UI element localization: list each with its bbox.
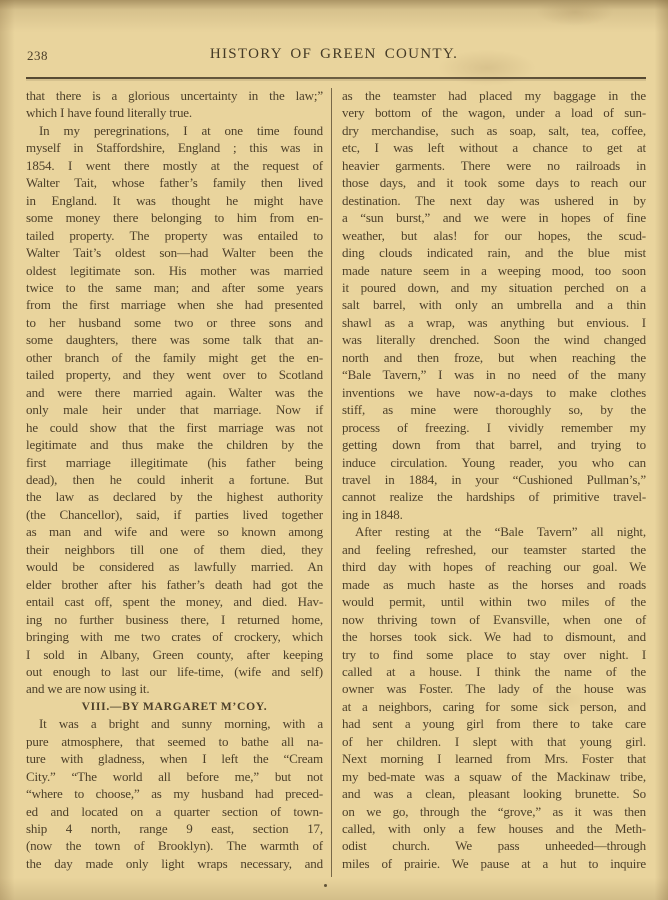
text-line: oldest legitimate son. His mother was ma… bbox=[26, 262, 323, 279]
text-line: shawl as a wrap, was anything but enviou… bbox=[342, 314, 646, 331]
text-line: now thriving town of Evansville, when on… bbox=[342, 611, 646, 628]
text-line: in England. It was thought he might have bbox=[26, 192, 323, 209]
text-line: would be considered as lawfully married.… bbox=[26, 558, 323, 575]
text-line: dry merchandise, such as soap, salt, tea… bbox=[342, 122, 646, 139]
text-line: tailed property, and they went over to S… bbox=[26, 366, 323, 383]
text-line: first marriage illegitimate (his father … bbox=[26, 454, 323, 471]
text-line: at a neighbors, caring for some sick per… bbox=[342, 698, 646, 715]
book-page: 238 HISTORY OF GREEN COUNTY. that there … bbox=[0, 0, 668, 900]
text-line: north and then froze, but when reaching … bbox=[342, 349, 646, 366]
text-line: I sold in Albany, Green county, after ke… bbox=[26, 646, 323, 663]
text-line: the day made only light wraps necessary,… bbox=[26, 855, 323, 872]
text-line: try to find some place to stay over nigh… bbox=[342, 646, 646, 663]
text-line: City.” “The world all before me,” but no… bbox=[26, 768, 323, 785]
text-line: legitimate and thus make the children by… bbox=[26, 436, 323, 453]
text-line: After resting at the “Bale Tavern” all n… bbox=[342, 523, 646, 540]
text-line: called, with only a few houses and the M… bbox=[342, 820, 646, 837]
text-line: and was a clean, pleasant looking brunet… bbox=[342, 785, 646, 802]
text-line: very bottom of the wagon, under a load o… bbox=[342, 104, 646, 121]
text-line: bringing with me two crates of crockery,… bbox=[26, 628, 323, 645]
text-line: (the Chancellor), said, if parties lived… bbox=[26, 506, 323, 523]
text-line: those days, and it took some days to rea… bbox=[342, 174, 646, 191]
text-line: miles of prairie. We pause at a hut to i… bbox=[342, 855, 646, 872]
text-line: inventions we have now-a-days to make cl… bbox=[342, 384, 646, 401]
text-line: ship 4 north, range 9 east, section 17, bbox=[26, 820, 323, 837]
text-line: “where to choose,” as my husband had pre… bbox=[26, 785, 323, 802]
text-line: which I have found literally true. bbox=[26, 104, 323, 121]
header-rule bbox=[26, 77, 646, 79]
text-line: (now the town of Brooklyn). The warmth o… bbox=[26, 837, 323, 854]
text-line: induce circulation. Young reader, you wh… bbox=[342, 454, 646, 471]
text-line: dead), then he could inherit a fortune. … bbox=[26, 471, 323, 488]
text-line: third day with hopes of reaching our goa… bbox=[342, 558, 646, 575]
left-column: that there is a glorious uncertainty in … bbox=[26, 87, 323, 872]
text-line: etc, I was left without a chance to get … bbox=[342, 139, 646, 156]
text-line: on we go, through the “grove,” as it was… bbox=[342, 803, 646, 820]
text-line: In my peregrinations, I at one time foun… bbox=[26, 122, 323, 139]
text-line: and feeling refreshed, our teamster star… bbox=[342, 541, 646, 558]
text-line: made nature seem in a weeping mood, too … bbox=[342, 262, 646, 279]
text-line: made as much haste as the horses and roa… bbox=[342, 576, 646, 593]
text-line: salt barrel, with only an umbrella and a… bbox=[342, 296, 646, 313]
text-line: travel in 1884, in your “Cushioned Pullm… bbox=[342, 471, 646, 488]
text-line: ture with gladness, when I left the “Cre… bbox=[26, 750, 323, 767]
text-line: other branch of the family might get the… bbox=[26, 349, 323, 366]
text-line: the horses took sick. We had to dismount… bbox=[342, 628, 646, 645]
text-line: cannot realize the hardships of primitiv… bbox=[342, 488, 646, 505]
text-line: owner was Foster. The lady of the house … bbox=[342, 680, 646, 697]
text-line: some money there belonging to him from e… bbox=[26, 209, 323, 226]
text-line: of her children. I slept with that young… bbox=[342, 733, 646, 750]
text-line: stiff, as mine were thoroughly so, by th… bbox=[342, 401, 646, 418]
text-line: only male heir under that marriage. Now … bbox=[26, 401, 323, 418]
text-line: some daughters, there was some talk that… bbox=[26, 331, 323, 348]
text-line: entail cast off, spent the money, and di… bbox=[26, 593, 323, 610]
text-line: weather, but alas! for our hopes, the sc… bbox=[342, 227, 646, 244]
text-line: destination. The next day was ushered in… bbox=[342, 192, 646, 209]
text-line: “Bale Tavern,” I was in no need of the m… bbox=[342, 366, 646, 383]
text-line: myself in Staffordshire, England ; this … bbox=[26, 139, 323, 156]
text-line: It was a bright and sunny morning, with … bbox=[26, 715, 323, 732]
text-line: process of freezing. I vividly remember … bbox=[342, 419, 646, 436]
column-divider bbox=[331, 88, 332, 877]
text-line: heavier garments. There were no railroad… bbox=[342, 157, 646, 174]
text-line: that there is a glorious uncertainty in … bbox=[26, 87, 323, 104]
page-header: 238 HISTORY OF GREEN COUNTY. bbox=[0, 46, 668, 66]
text-line: Walter Tait’s oldest son—had Walter been… bbox=[26, 244, 323, 261]
text-line: as man and wife and were so known among bbox=[26, 523, 323, 540]
text-line: their neighbors till one of them died, t… bbox=[26, 541, 323, 558]
text-line: and were there married again. Walter was… bbox=[26, 384, 323, 401]
text-line: as the teamster had placed my baggage in… bbox=[342, 87, 646, 104]
text-line: getting down from that barrel, and tryin… bbox=[342, 436, 646, 453]
text-line: twice to the same man; and after some ye… bbox=[26, 279, 323, 296]
text-line: ing in 1848. bbox=[342, 506, 646, 523]
text-line: ed and located on a quarter section of t… bbox=[26, 803, 323, 820]
text-line: Walter Tait, whose father’s family then … bbox=[26, 174, 323, 191]
text-line: pure atmosphere, that seemed to bathe al… bbox=[26, 733, 323, 750]
section-heading: VIII.—BY MARGARET M’COY. bbox=[26, 698, 323, 715]
text-line: he could show that the first marriage wa… bbox=[26, 419, 323, 436]
text-line: tailed property. The property was entail… bbox=[26, 227, 323, 244]
text-line: odist church. We pass unheeded—through bbox=[342, 837, 646, 854]
text-line: it poured down, and my situation perched… bbox=[342, 279, 646, 296]
text-line: from the first marriage when she had pre… bbox=[26, 296, 323, 313]
text-line: was literally drenched. Soon the wind ch… bbox=[342, 331, 646, 348]
text-line: and we are now using it. bbox=[26, 680, 323, 697]
text-line: called at a house. I think the name of t… bbox=[342, 663, 646, 680]
text-line: Next morning I learned from Mrs. Foster … bbox=[342, 750, 646, 767]
ink-speck bbox=[324, 884, 327, 887]
text-line: had sent a young girl from there to take… bbox=[342, 715, 646, 732]
text-line: ding clouds indicated rain, and the blue… bbox=[342, 244, 646, 261]
text-line: to her husband some two or three sons an… bbox=[26, 314, 323, 331]
text-line: ing no further business there, I returne… bbox=[26, 611, 323, 628]
running-head: HISTORY OF GREEN COUNTY. bbox=[0, 46, 668, 63]
right-column: as the teamster had placed my baggage in… bbox=[342, 87, 646, 872]
text-line: would permit, until within two miles of … bbox=[342, 593, 646, 610]
text-line: my bed-mate was a squaw of the Mackinaw … bbox=[342, 768, 646, 785]
text-line: 1854. I went there mostly at the request… bbox=[26, 157, 323, 174]
text-line: out enough to last our life-time, (wife … bbox=[26, 663, 323, 680]
text-line: a “sun burst,” and we were in hopes of f… bbox=[342, 209, 646, 226]
text-line: elder brother after his father’s death h… bbox=[26, 576, 323, 593]
text-line: the law as declared by the highest autho… bbox=[26, 488, 323, 505]
